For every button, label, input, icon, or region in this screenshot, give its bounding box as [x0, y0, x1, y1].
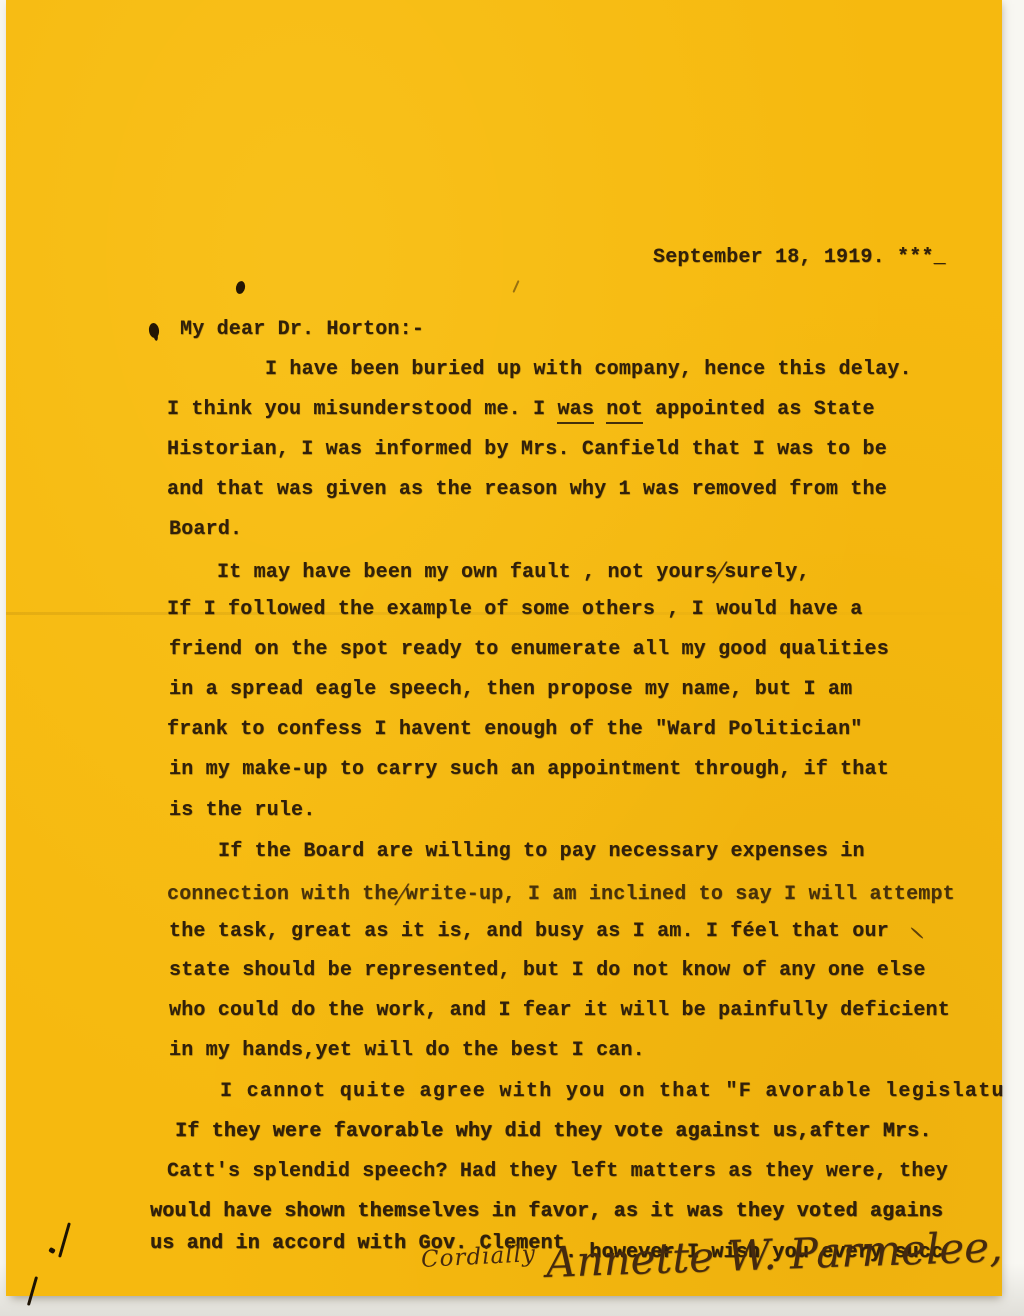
typed-line: who could do the work, and I fear it wil… [169, 999, 950, 1023]
ink-blot-top [235, 280, 247, 295]
line-segment: appointed as State [643, 398, 875, 421]
pencil-slash-mark-bottom-left [58, 1222, 71, 1257]
line-segment [594, 398, 606, 421]
typed-line: I have been buried up with company, henc… [265, 358, 912, 382]
typed-line: and that was given as the reason why 1 w… [167, 478, 887, 502]
typed-line-corrected: connection with the/write-up, I am incli… [167, 880, 955, 907]
letter-paper: September 18, 1919. ***_ My dear Dr. Hor… [6, 0, 1002, 1296]
typed-line: If I followed the example of some others… [167, 598, 863, 622]
line-segment: It may have been my own fault , not your… [217, 561, 717, 584]
underlined-word-not: not [606, 398, 643, 424]
underlined-word-was: was [557, 398, 594, 424]
typed-line: If the Board are willing to pay necessar… [218, 840, 865, 864]
typed-line: in my hands,yet will do the best I can. [169, 1039, 645, 1063]
date-line: September 18, 1919. ***_ [653, 246, 946, 270]
salutation: My dear Dr. Horton:- [180, 318, 424, 342]
typed-line: friend on the spot ready to enumerate al… [169, 638, 889, 662]
typed-line: in my make-up to carry such an appointme… [169, 758, 889, 782]
ink-blot-salutation [148, 322, 160, 338]
typed-line: If they were favorable why did they vote… [175, 1120, 932, 1144]
typed-line-underlined: I think you misunderstood me. I was not … [167, 398, 875, 422]
typed-line: Historian, I was informed by Mrs. Canfie… [167, 438, 887, 462]
pencil-slash-mark-top [512, 280, 519, 293]
typed-line: in a spread eagle speech, then propose m… [169, 678, 852, 702]
typed-line-corrected: It may have been my own fault , not your… [217, 558, 810, 585]
scanned-letter-page: { "letter": { "date_line": "September 18… [0, 0, 1024, 1316]
pencil-tick-mark-right [910, 927, 923, 939]
typed-line: frank to confess I havent enough of the … [167, 718, 863, 742]
typed-line: Board. [169, 518, 242, 542]
line-segment: surely, [724, 561, 809, 584]
typed-line: state should be represented, but I do no… [169, 959, 926, 983]
line-segment: write-up, I am inclined to say I will at… [406, 883, 955, 906]
typed-line: I cannot quite agree with you on that "F… [220, 1080, 1005, 1104]
typed-line: the task, great as it is, and busy as I … [169, 920, 889, 944]
typed-line: would have shown themselves in favor, as… [150, 1200, 943, 1224]
pencil-comma-mark-bottom-left [48, 1247, 56, 1254]
typed-line: is the rule. [169, 799, 315, 823]
line-segment: connection with the [167, 883, 399, 906]
handwritten-cordially: Cordially [420, 1241, 536, 1273]
line-segment: I think you misunderstood me. I [167, 398, 557, 421]
typed-line: Catt's splendid speech? Had they left ma… [167, 1160, 948, 1184]
